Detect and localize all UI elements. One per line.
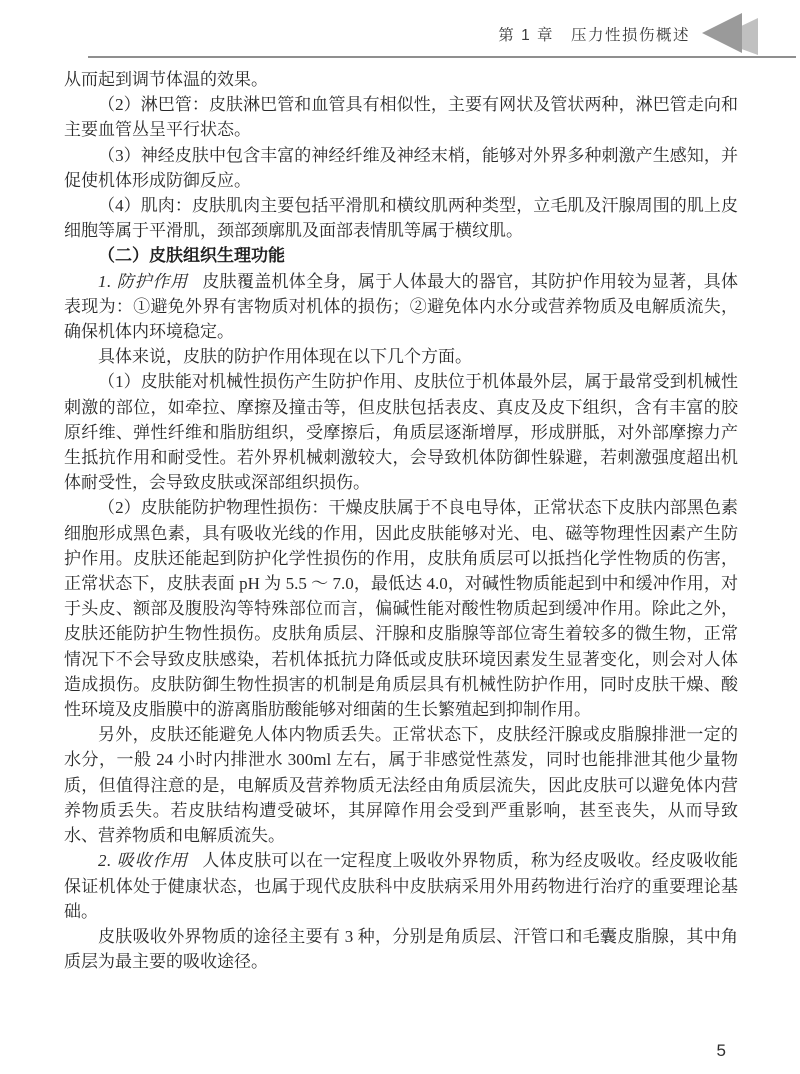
page-number: 5 [717,1041,726,1061]
running-head: 第 1 章 压力性损伤概述 [498,13,764,55]
numbered-subheading-protection: 1. 防护作用 [98,272,188,291]
paragraph-protection: 1. 防护作用皮肤覆盖机体全身，属于人体最大的器官，其防护作用较为显著，具体表现… [64,269,738,345]
paragraph-absorption-routes: 皮肤吸收外界物质的途径主要有 3 种，分别是角质层、汗管口和毛囊皮脂腺，其中角质… [64,924,738,974]
book-page: 第 1 章 压力性损伤概述 从而起到调节体温的效果。 （2）淋巴管：皮肤淋巴管和… [0,0,800,1074]
paragraph-lymph: （2）淋巴管：皮肤淋巴管和血管具有相似性，主要有网状及管状两种，淋巴管走向和主要… [64,92,738,142]
paragraph-continuation: 从而起到调节体温的效果。 [64,67,738,92]
page-body-text: 从而起到调节体温的效果。 （2）淋巴管：皮肤淋巴管和血管具有相似性，主要有网状及… [64,67,738,974]
numbered-subheading-absorption: 2. 吸收作用 [98,851,188,870]
chapter-title: 第 1 章 压力性损伤概述 [498,23,690,45]
header-rule [88,56,796,58]
front-triangle-shape [702,13,742,53]
paragraph-absorption: 2. 吸收作用人体皮肤可以在一定程度上吸收外界物质，称为经皮吸收。经皮吸收能保证… [64,848,738,924]
paragraph-substance-loss: 另外，皮肤还能避免人体内物质丢失。正常状态下，皮肤经汗腺或皮脂腺排泄一定的水分，… [64,722,738,848]
paragraph-intro-aspects: 具体来说，皮肤的防护作用体现在以下几个方面。 [64,344,738,369]
paragraph-physical-injury: （2）皮肤能防护物理性损伤：干燥皮肤属于不良电导体，正常状态下皮肤内部黑色素细胞… [64,495,738,722]
paragraph-mechanical-injury: （1）皮肤能对机械性损伤产生防护作用、皮肤位于机体最外层，属于最常受到机械性刺激… [64,369,738,495]
section-heading-skin-physiology: （二）皮肤组织生理功能 [64,243,738,268]
double-left-triangles-icon [698,13,764,55]
paragraph-nerve: （3）神经皮肤中包含丰富的神经纤维及神经末梢，能够对外界多种刺激产生感知，并促使… [64,143,738,193]
paragraph-muscle: （4）肌肉：皮肤肌肉主要包括平滑肌和横纹肌两种类型，立毛肌及汗腺周围的肌上皮细胞… [64,193,738,243]
